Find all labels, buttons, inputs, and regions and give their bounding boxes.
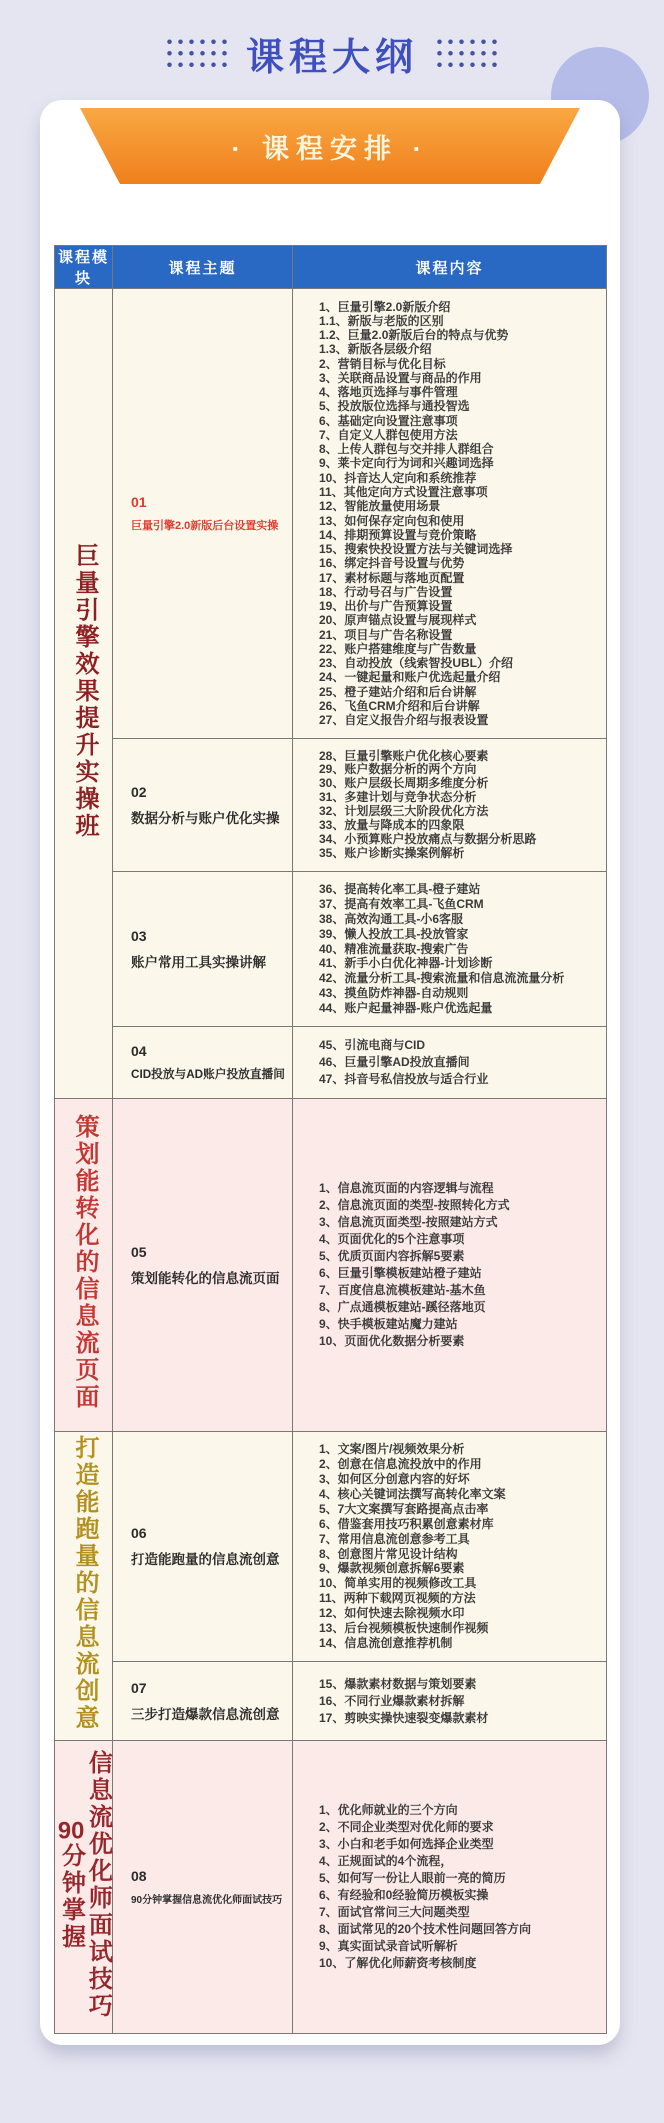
topic-cell: 01巨量引擎2.0新版后台设置实操 [113, 289, 293, 739]
content-item: 6、有经验和0经验简历模板实操 [319, 1887, 600, 1904]
topic-cell: 04CID投放与AD账户投放直播间 [113, 1027, 293, 1099]
content-item: 3、信息流页面类型-按照建站方式 [319, 1214, 600, 1231]
content-item: 4、页面优化的5个注意事项 [319, 1231, 600, 1248]
topic-cell: 07三步打造爆款信息流创意 [113, 1662, 293, 1741]
content-item: 31、多建计划与竞争状态分析 [319, 791, 600, 805]
topic-title: 数据分析与账户优化实操 [131, 807, 288, 827]
content-item: 6、巨量引擎模板建站橙子建站 [319, 1265, 600, 1282]
content-item: 10、页面优化数据分析要素 [319, 1333, 600, 1350]
content-item: 43、摸鱼防炸神器-自动规则 [319, 986, 600, 1001]
col-header-module: 课程模块 [55, 246, 113, 289]
content-cell: 28、巨量引擎账户优化核心要素29、账户数据分析的两个方向30、账户层级长周期多… [293, 739, 607, 872]
content-item: 9、莱卡定向行为词和兴趣词选择 [319, 456, 600, 470]
topic-cell: 0890分钟掌握信息流优化师面试技巧 [113, 1741, 293, 2034]
content-item: 46、巨量引擎AD投放直播间 [319, 1054, 600, 1071]
page-title: 课程大纲 [246, 26, 418, 81]
content-item: 8、广点通模板建站-蹊径落地页 [319, 1299, 600, 1316]
topic-cell: 06打造能跑量的信息流创意 [113, 1432, 293, 1662]
content-cell: 1、优化师就业的三个方向2、不同企业类型对优化师的要求3、小白和老手如何选择企业… [293, 1741, 607, 2034]
content-item: 18、行动号召与广告设置 [319, 585, 600, 599]
topic-number: 07 [131, 1680, 288, 1696]
content-item: 2、信息流页面的类型-按照转化方式 [319, 1197, 600, 1214]
content-item: 13、如何保存定向包和使用 [319, 514, 600, 528]
topic-number: 02 [131, 784, 288, 800]
content-item: 9、爆款视频创意拆解6要素 [319, 1561, 600, 1576]
content-item: 33、放量与降成本的四象限 [319, 819, 600, 833]
topic-cell: 05策划能转化的信息流页面 [113, 1099, 293, 1432]
content-item: 5、投放版位选择与通投智选 [319, 399, 600, 413]
content-item: 7、自定义人群包使用方法 [319, 428, 600, 442]
content-item: 42、流量分析工具-搜索流量和信息流流量分析 [319, 971, 600, 986]
content-item: 4、落地页选择与事件管理 [319, 385, 600, 399]
topic-cell: 03账户常用工具实操讲解 [113, 872, 293, 1027]
topic-title: 账户常用工具实操讲解 [131, 951, 288, 971]
content-item: 1.1、新版与老版的区别 [319, 314, 600, 328]
content-item: 16、不同行业爆款素材拆解 [319, 1693, 600, 1710]
content-item: 11、其他定向方式设置注意事项 [319, 485, 600, 499]
content-cell: 36、提高转化率工具-橙子建站37、提高有效率工具-飞鱼CRM38、高效沟通工具… [293, 872, 607, 1027]
content-item: 20、原声锚点设置与展现样式 [319, 613, 600, 627]
topic-title: 三步打造爆款信息流创意 [131, 1703, 288, 1723]
content-item: 23、自动投放（线索智投UBL）介绍 [319, 656, 600, 670]
content-item: 22、账户搭建维度与广告数量 [319, 642, 600, 656]
content-item: 7、百度信息流模板建站-基木鱼 [319, 1282, 600, 1299]
schedule-banner: · 课程安排 · [80, 108, 580, 184]
content-item: 1、巨量引擎2.0新版介绍 [319, 300, 600, 314]
content-item: 9、真实面试录音试听解析 [319, 1938, 600, 1955]
course-row: 策划能转化的信息流页面05策划能转化的信息流页面1、信息流页面的内容逻辑与流程2… [55, 1099, 607, 1432]
content-cell: 1、信息流页面的内容逻辑与流程2、信息流页面的类型-按照转化方式3、信息流页面类… [293, 1099, 607, 1432]
module-cell: 打造能跑量的信息流创意 [55, 1432, 113, 1741]
topic-title: CID投放与AD账户投放直播间 [131, 1066, 288, 1082]
content-item: 15、搜索快投设置方法与关键词选择 [319, 542, 600, 556]
content-item: 7、面试官常问三大问题类型 [319, 1904, 600, 1921]
content-item: 1、文案/图片/视频效果分析 [319, 1442, 600, 1457]
module-label: 打造能跑量的信息流创意 [70, 1435, 97, 1732]
content-item: 40、精准流量获取-搜索广告 [319, 942, 600, 957]
module-label: 信息流优化师面试技巧90分钟掌握 [57, 1750, 111, 2020]
module-label: 巨量引擎效果提升实操班 [70, 543, 97, 840]
course-row: 03账户常用工具实操讲解36、提高转化率工具-橙子建站37、提高有效率工具-飞鱼… [55, 872, 607, 1027]
content-item: 36、提高转化率工具-橙子建站 [319, 882, 600, 897]
content-item: 12、智能放量使用场景 [319, 499, 600, 513]
topic-title: 巨量引擎2.0新版后台设置实操 [131, 517, 288, 533]
topic-number: 04 [131, 1043, 288, 1059]
content-item: 7、常用信息流创意参考工具 [319, 1532, 600, 1547]
col-header-topic: 课程主题 [113, 246, 293, 289]
content-item: 3、如何区分创意内容的好坏 [319, 1472, 600, 1487]
course-row: 02数据分析与账户优化实操28、巨量引擎账户优化核心要素29、账户数据分析的两个… [55, 739, 607, 872]
module-cell: 巨量引擎效果提升实操班 [55, 289, 113, 1099]
content-item: 35、账户诊断实操案例解析 [319, 847, 600, 861]
table-header: 课程模块 课程主题 课程内容 [55, 246, 607, 289]
content-item: 3、关联商品设置与商品的作用 [319, 371, 600, 385]
content-item: 12、如何快速去除视频水印 [319, 1606, 600, 1621]
content-item: 16、绑定抖音号设置与优势 [319, 556, 600, 570]
content-item: 11、两种下载网页视频的方法 [319, 1591, 600, 1606]
content-item: 2、营销目标与优化目标 [319, 357, 600, 371]
topic-title: 打造能跑量的信息流创意 [131, 1548, 288, 1568]
content-item: 4、正规面试的4个流程， [319, 1853, 600, 1870]
course-table: 课程模块 课程主题 课程内容 巨量引擎效果提升实操班01巨量引擎2.0新版后台设… [54, 245, 607, 2034]
content-item: 14、信息流创意推荐机制 [319, 1636, 600, 1651]
content-item: 27、自定义报告介绍与报表设置 [319, 713, 600, 727]
content-item: 45、引流电商与CID [319, 1037, 600, 1054]
content-item: 10、抖音达人定向和系统推荐 [319, 471, 600, 485]
content-item: 47、抖音号私信投放与适合行业 [319, 1071, 600, 1088]
content-item: 6、借鉴套用技巧积累创意素材库 [319, 1517, 600, 1532]
content-item: 24、一键起量和账户优选起量介绍 [319, 670, 600, 684]
dots-decoration-left [164, 36, 230, 71]
course-row: 04CID投放与AD账户投放直播间45、引流电商与CID46、巨量引擎AD投放直… [55, 1027, 607, 1099]
content-item: 44、账户起量神器-账户优选起量 [319, 1001, 600, 1016]
schedule-banner-label: · 课程安排 · [232, 127, 429, 166]
content-item: 9、快手模板建站魔力建站 [319, 1316, 600, 1333]
content-item: 1、优化师就业的三个方向 [319, 1802, 600, 1819]
content-item: 1.3、新版各层级介绍 [319, 342, 600, 356]
page-header: 课程大纲 [0, 0, 664, 81]
content-item: 15、爆款素材数据与策划要素 [319, 1676, 600, 1693]
content-card: · 课程安排 · 课程模块 课程主题 课程内容 巨量引擎效果提升实操班01巨量引… [40, 100, 620, 2045]
content-item: 10、了解优化师薪资考核制度 [319, 1955, 600, 1972]
content-item: 32、计划层级三大阶段优化方法 [319, 805, 600, 819]
content-item: 8、上传人群包与交并排人群组合 [319, 442, 600, 456]
topic-cell: 02数据分析与账户优化实操 [113, 739, 293, 872]
content-item: 19、出价与广告预算设置 [319, 599, 600, 613]
content-item: 10、简单实用的视频修改工具 [319, 1576, 600, 1591]
content-item: 8、面试常见的20个技术性问题回答方向 [319, 1921, 600, 1938]
content-item: 25、橙子建站介绍和后台讲解 [319, 685, 600, 699]
module-cell: 策划能转化的信息流页面 [55, 1099, 113, 1432]
topic-title: 90分钟掌握信息流优化师面试技巧 [131, 1891, 288, 1906]
module-cell: 信息流优化师面试技巧90分钟掌握 [55, 1741, 113, 2034]
content-item: 5、如何写一份让人眼前一亮的简历 [319, 1870, 600, 1887]
content-item: 5、优质页面内容拆解5要素 [319, 1248, 600, 1265]
topic-title: 策划能转化的信息流页面 [131, 1267, 288, 1287]
topic-number: 01 [131, 494, 288, 510]
content-item: 39、懒人投放工具-投放管家 [319, 927, 600, 942]
content-item: 14、排期预算设置与竞价策略 [319, 528, 600, 542]
content-cell: 1、巨量引擎2.0新版介绍1.1、新版与老版的区别1.2、巨量2.0新版后台的特… [293, 289, 607, 739]
course-row: 巨量引擎效果提升实操班01巨量引擎2.0新版后台设置实操1、巨量引擎2.0新版介… [55, 289, 607, 739]
content-item: 38、高效沟通工具-小6客服 [319, 912, 600, 927]
course-row: 打造能跑量的信息流创意06打造能跑量的信息流创意1、文案/图片/视频效果分析2、… [55, 1432, 607, 1662]
content-item: 6、基础定向设置注意事项 [319, 414, 600, 428]
content-item: 2、创意在信息流投放中的作用 [319, 1457, 600, 1472]
topic-number: 06 [131, 1525, 288, 1541]
module-label: 策划能转化的信息流页面 [70, 1114, 97, 1411]
content-item: 5、7大文案撰写套路提高点击率 [319, 1502, 600, 1517]
content-item: 17、素材标题与落地页配置 [319, 571, 600, 585]
content-item: 3、小白和老手如何选择企业类型 [319, 1836, 600, 1853]
topic-number: 03 [131, 928, 288, 944]
content-item: 34、小预算账户投放痛点与数据分析思路 [319, 833, 600, 847]
content-item: 4、核心关键词法撰写高转化率文案 [319, 1487, 600, 1502]
content-item: 26、飞鱼CRM介绍和后台讲解 [319, 699, 600, 713]
content-item: 2、不同企业类型对优化师的要求 [319, 1819, 600, 1836]
content-item: 8、创意图片常见设计结构 [319, 1547, 600, 1562]
content-cell: 1、文案/图片/视频效果分析2、创意在信息流投放中的作用3、如何区分创意内容的好… [293, 1432, 607, 1662]
content-item: 1、信息流页面的内容逻辑与流程 [319, 1180, 600, 1197]
course-row: 信息流优化师面试技巧90分钟掌握0890分钟掌握信息流优化师面试技巧1、优化师就… [55, 1741, 607, 2034]
content-item: 1.2、巨量2.0新版后台的特点与优势 [319, 328, 600, 342]
col-header-content: 课程内容 [293, 246, 607, 289]
topic-number: 05 [131, 1244, 288, 1260]
dots-decoration-right [434, 36, 500, 71]
content-item: 17、剪映实操快速裂变爆款素材 [319, 1710, 600, 1727]
content-cell: 15、爆款素材数据与策划要素16、不同行业爆款素材拆解17、剪映实操快速裂变爆款… [293, 1662, 607, 1741]
content-cell: 45、引流电商与CID46、巨量引擎AD投放直播间47、抖音号私信投放与适合行业 [293, 1027, 607, 1099]
course-row: 07三步打造爆款信息流创意15、爆款素材数据与策划要素16、不同行业爆款素材拆解… [55, 1662, 607, 1741]
content-item: 37、提高有效率工具-飞鱼CRM [319, 897, 600, 912]
content-item: 13、后台视频模板快速制作视频 [319, 1621, 600, 1636]
topic-number: 08 [131, 1868, 288, 1884]
content-item: 41、新手小白优化神器-计划诊断 [319, 956, 600, 971]
content-item: 21、项目与广告名称设置 [319, 628, 600, 642]
